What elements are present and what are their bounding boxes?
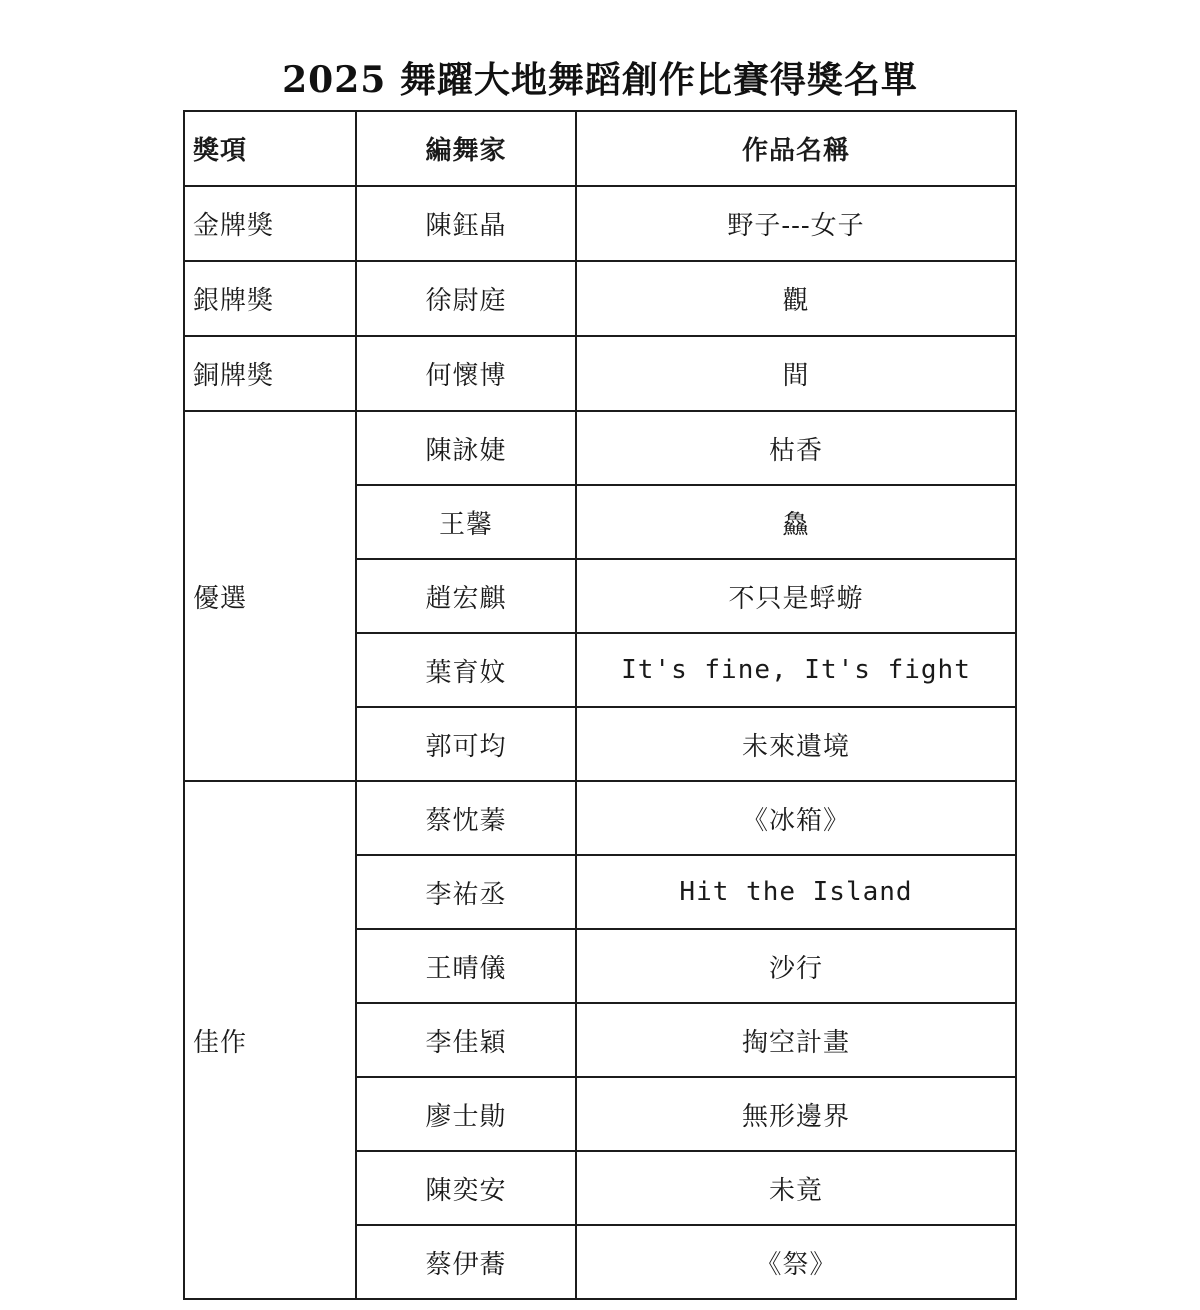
header-choreographer: 編舞家 bbox=[356, 111, 576, 186]
choreographer-cell: 李佳穎 bbox=[356, 1003, 576, 1077]
choreographer-cell: 徐尉庭 bbox=[356, 261, 576, 336]
choreographer-cell: 葉育妏 bbox=[356, 633, 576, 707]
choreographer-cell: 陳鈺晶 bbox=[356, 186, 576, 261]
page-title: 2025 舞躍大地舞蹈創作比賽得獎名單 bbox=[0, 52, 1200, 103]
table-row: 優選 陳詠婕 枯香 bbox=[184, 411, 1016, 485]
choreographer-cell: 趙宏麒 bbox=[356, 559, 576, 633]
work-cell: 未來遺境 bbox=[576, 707, 1016, 781]
award-cell-gold: 金牌獎 bbox=[184, 186, 356, 261]
choreographer-cell: 郭可均 bbox=[356, 707, 576, 781]
choreographer-cell: 王晴儀 bbox=[356, 929, 576, 1003]
awards-table: 獎項 編舞家 作品名稱 金牌獎 陳鈺晶 野子---女子 銀牌獎 徐尉庭 觀 銅牌… bbox=[183, 110, 1017, 1300]
work-cell: 觀 bbox=[576, 261, 1016, 336]
work-cell: 無形邊界 bbox=[576, 1077, 1016, 1151]
work-cell: 鱻 bbox=[576, 485, 1016, 559]
header-work: 作品名稱 bbox=[576, 111, 1016, 186]
work-cell: 不只是蜉蝣 bbox=[576, 559, 1016, 633]
choreographer-cell: 蔡忱蓁 bbox=[356, 781, 576, 855]
work-cell: 未竟 bbox=[576, 1151, 1016, 1225]
choreographer-cell: 廖士勛 bbox=[356, 1077, 576, 1151]
choreographer-cell: 陳奕安 bbox=[356, 1151, 576, 1225]
work-cell: 掏空計畫 bbox=[576, 1003, 1016, 1077]
table-header-row: 獎項 編舞家 作品名稱 bbox=[184, 111, 1016, 186]
choreographer-cell: 陳詠婕 bbox=[356, 411, 576, 485]
work-cell: 野子---女子 bbox=[576, 186, 1016, 261]
work-cell: 沙行 bbox=[576, 929, 1016, 1003]
header-award: 獎項 bbox=[184, 111, 356, 186]
choreographer-cell: 王馨 bbox=[356, 485, 576, 559]
table-row: 銅牌獎 何懷博 間 bbox=[184, 336, 1016, 411]
work-cell: 《冰箱》 bbox=[576, 781, 1016, 855]
table-row: 金牌獎 陳鈺晶 野子---女子 bbox=[184, 186, 1016, 261]
choreographer-cell: 何懷博 bbox=[356, 336, 576, 411]
work-cell: 間 bbox=[576, 336, 1016, 411]
work-cell: 枯香 bbox=[576, 411, 1016, 485]
table-row: 佳作 蔡忱蓁 《冰箱》 bbox=[184, 781, 1016, 855]
award-cell-silver: 銀牌獎 bbox=[184, 261, 356, 336]
work-cell: It's fine, It's fight bbox=[576, 633, 1016, 707]
award-cell-bronze: 銅牌獎 bbox=[184, 336, 356, 411]
choreographer-cell: 蔡伊蕎 bbox=[356, 1225, 576, 1299]
award-cell-honorable-mention: 佳作 bbox=[184, 781, 356, 1299]
work-cell: 《祭》 bbox=[576, 1225, 1016, 1299]
choreographer-cell: 李祐丞 bbox=[356, 855, 576, 929]
table-row: 銀牌獎 徐尉庭 觀 bbox=[184, 261, 1016, 336]
work-cell: Hit the Island bbox=[576, 855, 1016, 929]
award-cell-excellence: 優選 bbox=[184, 411, 356, 781]
